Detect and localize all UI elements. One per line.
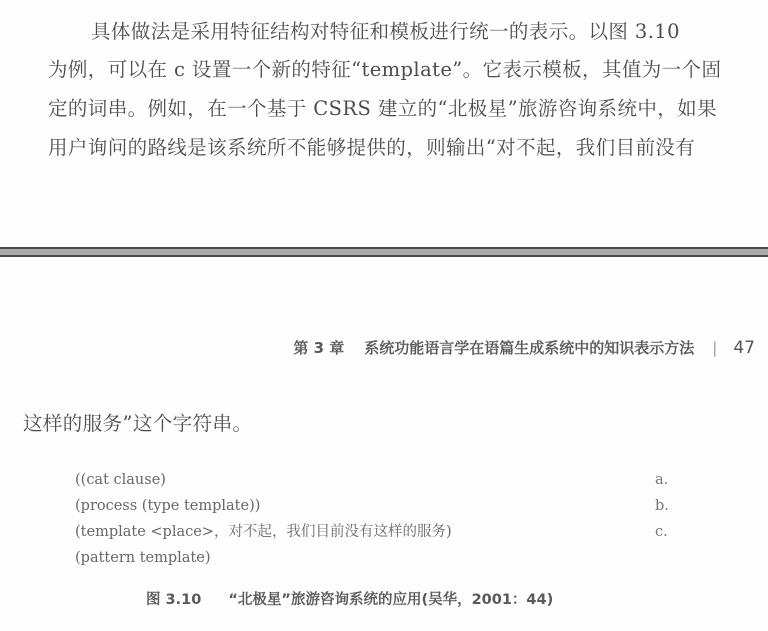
page-number: 47	[733, 338, 755, 358]
paragraph-line-4: 用户询问的路线是该系统所不能够提供的，则输出“对不起，我们目前没有	[48, 136, 695, 160]
code-line-3: (template <place>，对不起，我们目前没有这样的服务) c.	[75, 519, 675, 545]
code-label: a.	[655, 467, 668, 493]
chapter-number: 第 3 章	[293, 337, 344, 358]
code-label: b.	[655, 493, 669, 519]
continuation-line: 这样的服务”这个字符串。	[23, 412, 252, 436]
chapter-title: 系统功能语言学在语篇生成系统中的知识表示方法	[364, 337, 694, 358]
header-separator: |	[712, 339, 717, 357]
code-text: (process (type template))	[75, 498, 260, 514]
current-page	[0, 257, 768, 631]
paragraph-line-3: 定的词串。例如，在一个基于 CSRS 建立的“北极星”旅游咨询系统中，如果	[48, 97, 717, 121]
paragraph-line-1: 具体做法是采用特征结构对特征和模板进行统一的表示。以图 3.10	[91, 20, 680, 44]
figure-caption: 图 3.10 “北极星”旅游咨询系统的应用(吴华，2001：44)	[146, 588, 553, 609]
code-line-4: (pattern template)	[75, 545, 675, 571]
running-header: 第 3 章 系统功能语言学在语篇生成系统中的知识表示方法 | 47	[293, 337, 755, 358]
code-text: ((cat clause)	[75, 472, 166, 488]
figure-number: 图 3.10	[146, 592, 201, 608]
paragraph-line-2: 为例，可以在 c 设置一个新的特征“template”。它表示模板，其值为一个固	[48, 58, 721, 82]
feature-structure-example: ((cat clause) a. (process (type template…	[75, 467, 675, 571]
code-line-2: (process (type template)) b.	[75, 493, 675, 519]
code-line-1: ((cat clause) a.	[75, 467, 675, 493]
code-label: c.	[655, 519, 668, 545]
figure-caption-text: “北极星”旅游咨询系统的应用(吴华，2001：44)	[228, 592, 553, 608]
page-break-divider	[0, 247, 768, 257]
previous-page-fragment: 具体做法是采用特征结构对特征和模板进行统一的表示。以图 3.10 为例，可以在 …	[0, 0, 768, 247]
code-text: (pattern template)	[75, 550, 210, 566]
code-text: (template <place>，对不起，我们目前没有这样的服务)	[75, 524, 452, 540]
